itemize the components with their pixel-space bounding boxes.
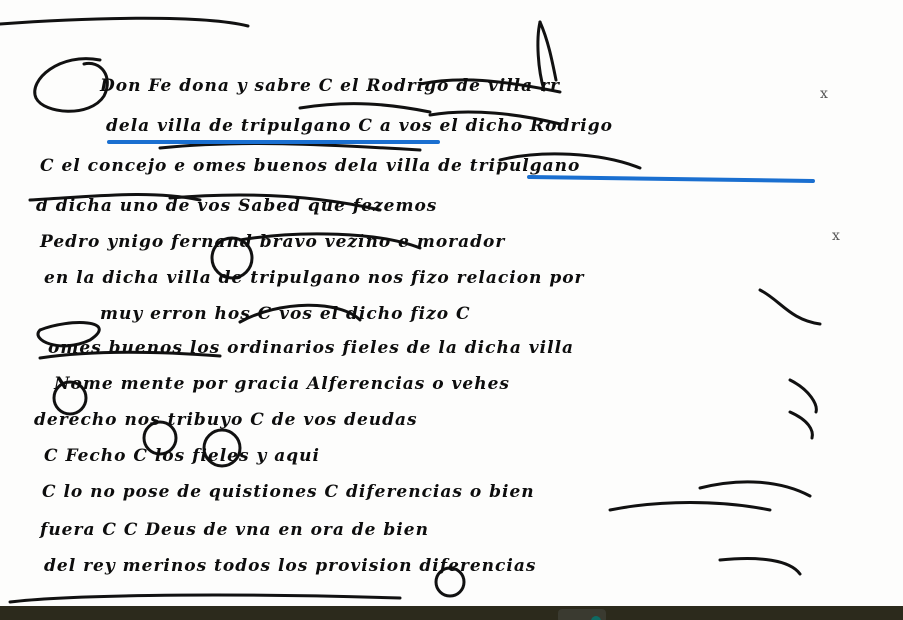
manuscript-line: C Fecho C los fieles y aqui [44,446,320,466]
manuscript-line: Nome mente por gracia Alferencias o vehe… [54,374,510,394]
manuscript-line: Don Fe dona y sabre C el Rodrigo de vill… [100,76,560,96]
margin-mark: ⅹ [820,86,828,102]
manuscript-page: Don Fe dona y sabre C el Rodrigo de vill… [0,0,903,606]
manuscript-line: fuera C C Deus de vna en ora de bien [40,520,429,540]
taskbar [0,606,903,620]
manuscript-line: derecho nos tribuyo C de vos deudas [34,410,418,430]
manuscript-line: en la dicha villa de tripulgano nos fizo… [44,268,585,288]
manuscript-line: d dicha uno de vos Sabed que fezemos [36,196,437,216]
underline-annotation [107,140,440,144]
manuscript-line: dela villa de tripulgano C a vos el dich… [106,116,613,136]
manuscript-line: Pedro ynigo fernand bravo vezino e morad… [40,232,505,252]
manuscript-line: del rey merinos todos los provision dife… [44,556,536,576]
app-icon[interactable] [591,616,601,620]
manuscript-line: omes buenos los ordinarios fieles de la … [48,338,574,358]
manuscript-line: C el concejo e omes buenos dela villa de… [40,156,580,176]
manuscript-line: muy erron hos C vos el dicho fizo C [100,304,471,324]
margin-mark: ⅹ [832,228,840,244]
manuscript-line: C lo no pose de quistiones C diferencias… [42,482,535,502]
